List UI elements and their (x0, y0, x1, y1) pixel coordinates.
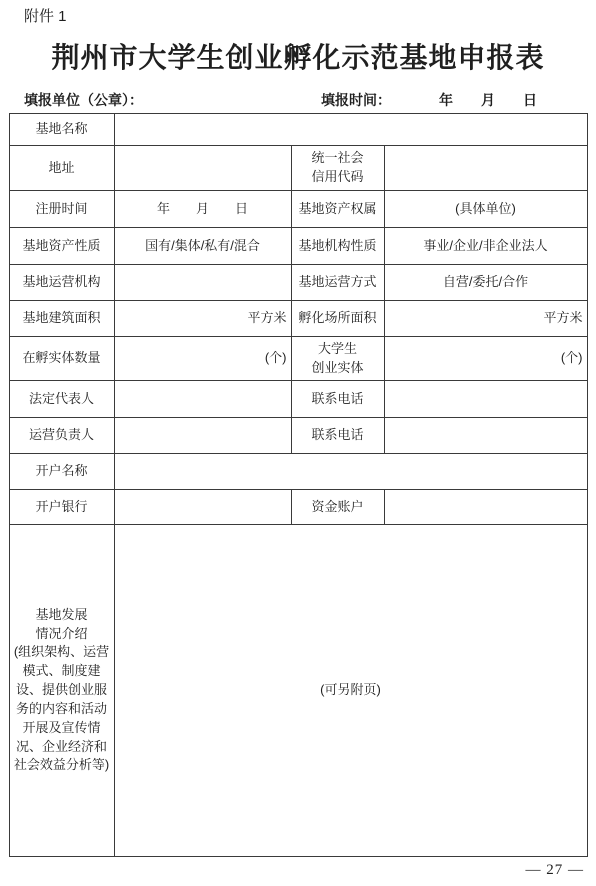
label-building-area: 基地建筑面积 (9, 301, 114, 337)
label-student-entities: 大学生 创业实体 (291, 337, 384, 381)
fill-date-ymd: 年 月 日 (439, 91, 537, 109)
field-base-name (114, 114, 587, 146)
label-asset-nature: 基地资产性质 (9, 228, 114, 265)
label-operation-mode: 基地运营方式 (291, 265, 384, 301)
fill-unit-label: 填报单位（公章）： (24, 91, 143, 109)
document-page: 附件 1 荆州市大学生创业孵化示范基地申报表 填报单位（公章）： 填报时间： 年… (0, 0, 596, 886)
application-form-table: 基地名称 地址 统一社会 信用代码 注册时间 年 月 日 基地资产权属 (具体单… (9, 113, 588, 857)
field-reg-date: 年 月 日 (114, 191, 291, 228)
label-address: 地址 (9, 146, 114, 191)
field-phone-legal (384, 381, 587, 418)
row-operations-manager: 运营负责人 联系电话 (9, 418, 587, 454)
row-legal-representative: 法定代表人 联系电话 (9, 381, 587, 418)
fill-info-line: 填报单位（公章）： 填报时间： 年 月 日 (9, 91, 587, 109)
label-credit-code: 统一社会 信用代码 (291, 146, 384, 191)
field-operation-mode: 自营/委托/合作 (384, 265, 587, 301)
label-reg-date: 注册时间 (9, 191, 114, 228)
field-student-entities: (个) (384, 337, 587, 381)
label-incubation-area: 孵化场所面积 (291, 301, 384, 337)
row-base-name: 基地名称 (9, 114, 587, 146)
row-bank: 开户银行 资金账户 (9, 490, 587, 525)
fill-time-group: 填报时间： 年 月 日 (321, 91, 537, 109)
label-funds-account: 资金账户 (291, 490, 384, 525)
field-funds-account (384, 490, 587, 525)
label-development-intro: 基地发展 情况介绍 (组织架构、运营模式、制度建设、提供创业服务的内容和活动开展… (9, 525, 114, 857)
field-ops-manager (114, 418, 291, 454)
label-base-name: 基地名称 (9, 114, 114, 146)
row-operator: 基地运营机构 基地运营方式 自营/委托/合作 (9, 265, 587, 301)
field-phone-ops (384, 418, 587, 454)
field-legal-rep (114, 381, 291, 418)
fill-time-label: 填报时间： (321, 91, 391, 109)
field-account-name (114, 454, 587, 490)
row-asset-nature: 基地资产性质 国有/集体/私有/混合 基地机构性质 事业/企业/非企业法人 (9, 228, 587, 265)
attachment-label: 附件 1 (24, 0, 596, 28)
label-legal-rep: 法定代表人 (9, 381, 114, 418)
field-org-nature: 事业/企业/非企业法人 (384, 228, 587, 265)
label-ops-manager: 运营负责人 (9, 418, 114, 454)
field-asset-nature: 国有/集体/私有/混合 (114, 228, 291, 265)
field-credit-code (384, 146, 587, 191)
row-registration-date: 注册时间 年 月 日 基地资产权属 (具体单位) (9, 191, 587, 228)
field-incubation-area: 平方米 (384, 301, 587, 337)
page-title: 荆州市大学生创业孵化示范基地申报表 (0, 39, 596, 79)
label-phone-legal: 联系电话 (291, 381, 384, 418)
label-account-name: 开户名称 (9, 454, 114, 490)
field-development-intro: (可另附页) (114, 525, 587, 857)
field-asset-ownership: (具体单位) (384, 191, 587, 228)
label-asset-ownership: 基地资产权属 (291, 191, 384, 228)
label-phone-ops: 联系电话 (291, 418, 384, 454)
field-operator (114, 265, 291, 301)
field-building-area: 平方米 (114, 301, 291, 337)
field-entities-count: (个) (114, 337, 291, 381)
row-account-name: 开户名称 (9, 454, 587, 490)
row-entities-count: 在孵实体数量 (个) 大学生 创业实体 (个) (9, 337, 587, 381)
row-building-area: 基地建筑面积 平方米 孵化场所面积 平方米 (9, 301, 587, 337)
row-development-intro: 基地发展 情况介绍 (组织架构、运营模式、制度建设、提供创业服务的内容和活动开展… (9, 525, 587, 857)
label-org-nature: 基地机构性质 (291, 228, 384, 265)
label-bank: 开户银行 (9, 490, 114, 525)
field-address (114, 146, 291, 191)
page-number: — 27 — (526, 862, 585, 879)
label-entities-count: 在孵实体数量 (9, 337, 114, 381)
field-bank (114, 490, 291, 525)
label-operator: 基地运营机构 (9, 265, 114, 301)
row-address: 地址 统一社会 信用代码 (9, 146, 587, 191)
